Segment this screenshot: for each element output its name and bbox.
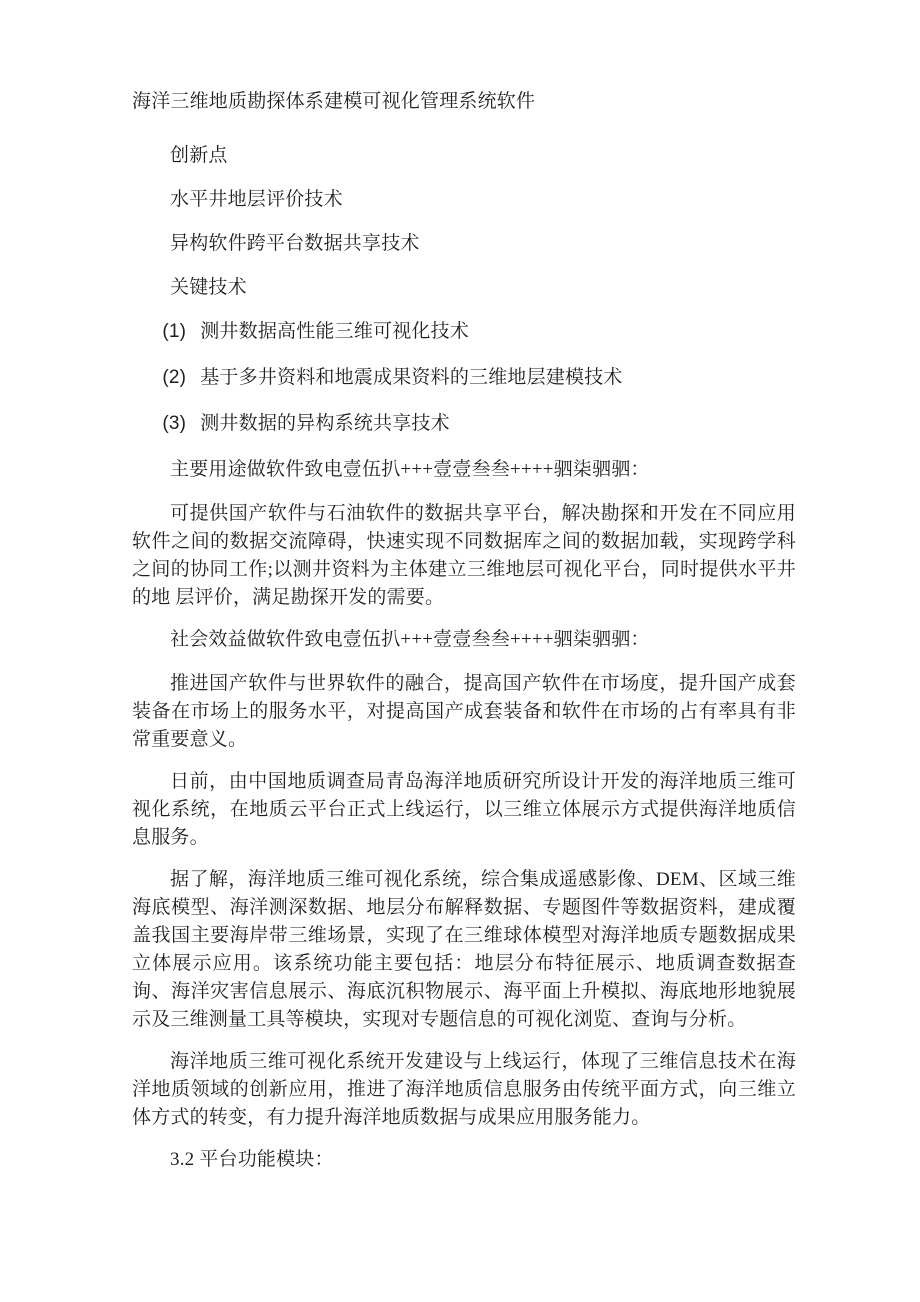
list-item-2-number: (2) (162, 367, 186, 388)
subhead-horizontal-well-tech: 水平井地层评价技术 (132, 186, 796, 214)
list-item-3-number: (3) (162, 413, 186, 434)
document-title: 海洋三维地质勘探体系建模可视化管理系统软件 (132, 88, 796, 116)
document-page: 海洋三维地质勘探体系建模可视化管理系统软件 创新点 水平井地层评价技术 异构软件… (0, 0, 920, 1302)
section-heading-3-2: 3.2 平台功能模块： (132, 1146, 796, 1174)
list-item-2-text: 基于多井资料和地震成果资料的三维地层建模技术 (200, 367, 622, 388)
list-item-2: (2)基于多井资料和地震成果资料的三维地层建模技术 (132, 364, 796, 392)
subhead-heterogeneous-tech: 异构软件跨平台数据共享技术 (132, 230, 796, 258)
paragraph-system-features: 据了解，海洋地质三维可视化系统，综合集成遥感影像、DEM、区域三维海底模型、海洋… (132, 866, 796, 1034)
paragraph-system-launch: 日前，由中国地质调查局青岛海洋地质研究所设计开发的海洋地质三维可视化系统，在地质… (132, 768, 796, 852)
subhead-key-tech: 关键技术 (132, 274, 796, 302)
subhead-main-use: 主要用途做软件致电壹伍扒+++壹壹叁叁++++驷柒驷驷： (132, 456, 796, 484)
paragraph-main-use: 可提供国产软件与石油软件的数据共享平台，解决勘探和开发在不同应用软件之间的数据交… (132, 500, 796, 612)
subhead-social-benefit: 社会效益做软件致电壹伍扒+++壹壹叁叁++++驷柒驷驷： (132, 626, 796, 654)
subhead-innovation: 创新点 (132, 142, 796, 170)
paragraph-system-significance: 海洋地质三维可视化系统开发建设与上线运行，体现了三维信息技术在海洋地质领域的创新… (132, 1048, 796, 1132)
list-item-1-text: 测井数据高性能三维可视化技术 (200, 321, 469, 342)
list-item-1-number: (1) (162, 321, 186, 342)
paragraph-social-benefit: 推进国产软件与世界软件的融合，提高国产软件在市场度，提升国产成套装备在市场上的服… (132, 670, 796, 754)
list-item-3: (3)测井数据的异构系统共享技术 (132, 410, 796, 438)
list-item-3-text: 测井数据的异构系统共享技术 (200, 413, 450, 434)
list-item-1: (1)测井数据高性能三维可视化技术 (132, 318, 796, 346)
